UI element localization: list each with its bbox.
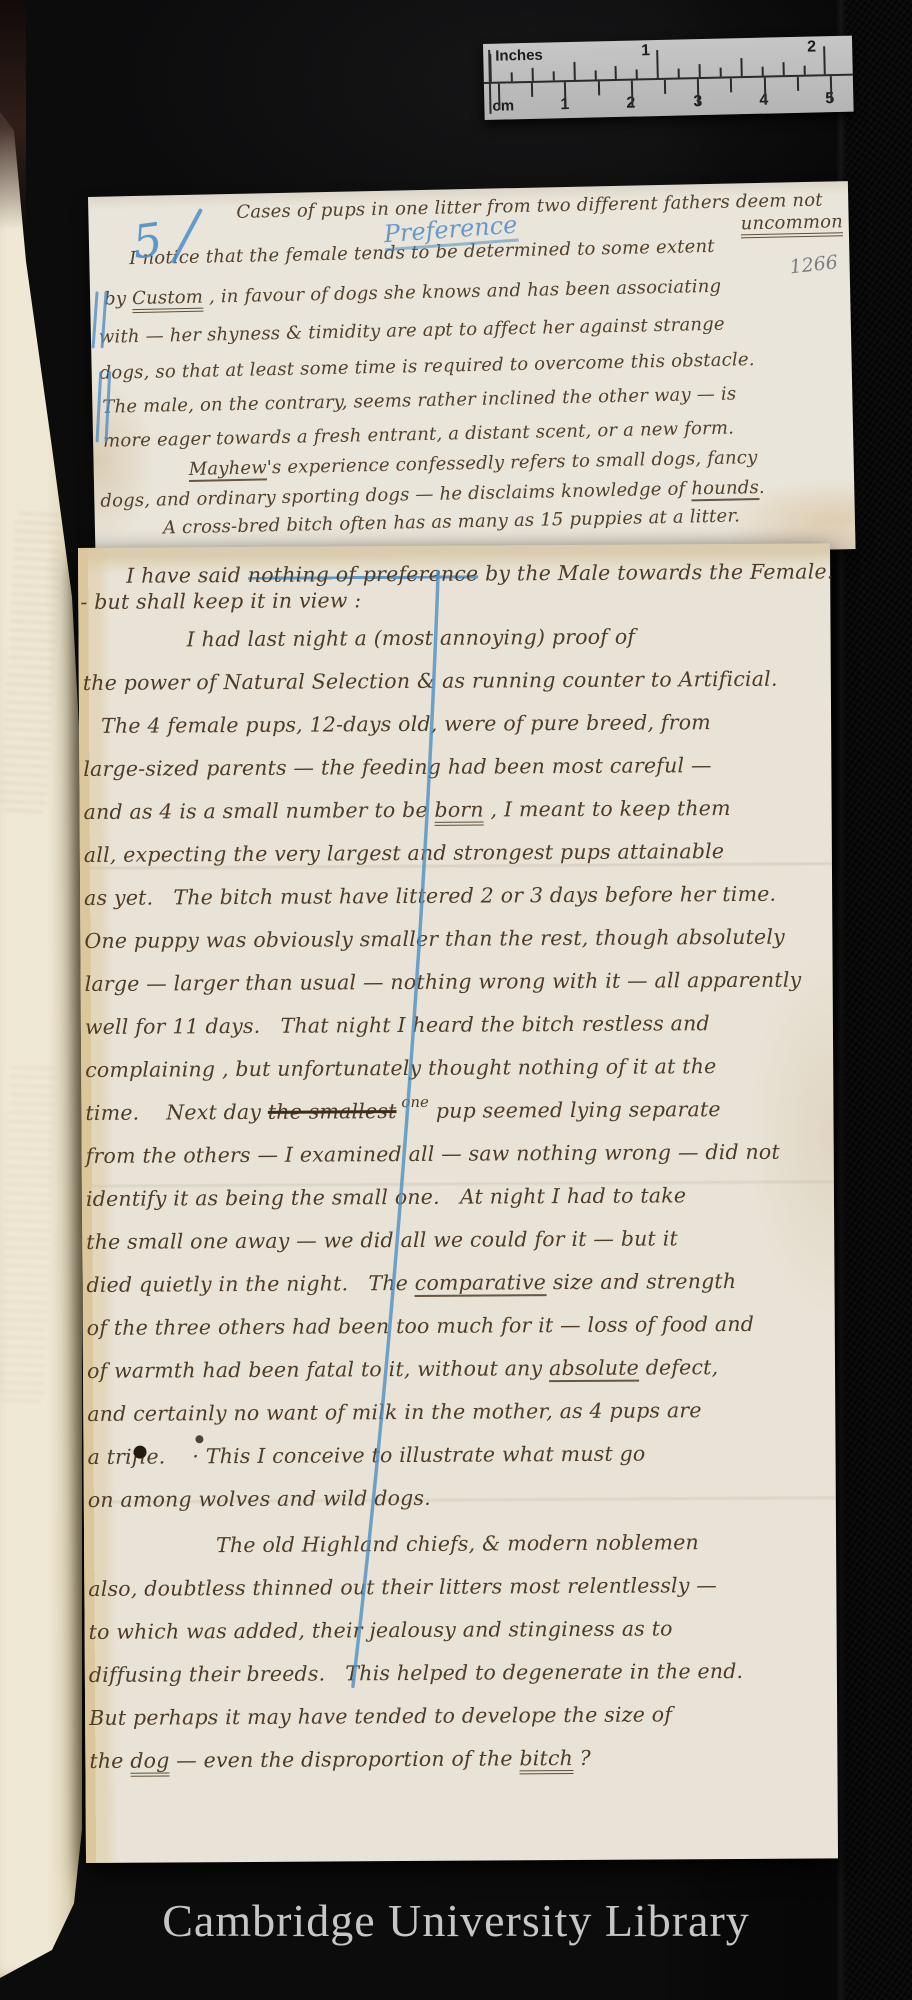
manuscript-line: time. Next day the smallest one pup seem… bbox=[85, 1097, 720, 1125]
manuscript-line: with — her shyness & timidity are apt to… bbox=[99, 314, 725, 348]
manuscript-line: from the others — I examined all — saw n… bbox=[86, 1140, 780, 1168]
catalogue-number-pencil: 1266 bbox=[789, 251, 839, 278]
ink-blot bbox=[195, 1435, 203, 1443]
manuscript-line: the dog — even the disproportion of the … bbox=[89, 1746, 591, 1773]
note-page: Cases of pups in one litter from two dif… bbox=[88, 181, 856, 565]
manuscript-line: well for 11 days. That night I heard the… bbox=[85, 1011, 710, 1039]
manuscript-line: identify it as being the small one. At n… bbox=[86, 1183, 686, 1211]
manuscript-line: Mayhew's experience confessedly refers t… bbox=[189, 447, 758, 480]
velvet-texture-strip bbox=[844, 0, 912, 2000]
manuscript-line: on among wolves and wild dogs. bbox=[88, 1486, 431, 1512]
manuscript-line: I had last night a (most annoying) proof… bbox=[186, 625, 635, 652]
manuscript-line: a trifle. · This I conceive to illustrat… bbox=[87, 1442, 645, 1469]
manuscript-line: One puppy was obviously smaller than the… bbox=[84, 925, 785, 953]
manuscript-line: diffusing their breeds. This helped to d… bbox=[89, 1659, 743, 1687]
manuscript-line: - but shall keep it in view : bbox=[80, 588, 361, 614]
manuscript-line: by Custom , in favour of dogs she knows … bbox=[104, 276, 722, 310]
book-spine-edge bbox=[0, 0, 26, 230]
manuscript-line: The 4 female pups, 12-days old, were of … bbox=[101, 710, 711, 738]
manuscript-line: of the three others had been too much fo… bbox=[87, 1312, 754, 1340]
manuscript-line: complaining , but unfortunately thought … bbox=[85, 1054, 716, 1082]
manuscript-line: large-sized parents — the feeding had be… bbox=[83, 753, 711, 781]
manuscript-line: died quietly in the night. The comparati… bbox=[86, 1269, 736, 1297]
manuscript-line: as yet. The bitch must have littered 2 o… bbox=[84, 882, 776, 910]
manuscript-line: to which was added, their jealousy and s… bbox=[89, 1616, 673, 1644]
blue-page-number: 5 bbox=[130, 212, 166, 269]
manuscript-line: But perhaps it may have tended to develo… bbox=[89, 1702, 672, 1730]
manuscript-line: and certainly no want of milk in the mot… bbox=[87, 1398, 702, 1426]
manuscript-line: I have said nothing of preference by the… bbox=[126, 559, 833, 587]
manuscript-line: Cases of pups in one litter from two dif… bbox=[236, 190, 823, 223]
ruler-inch-number: 1 bbox=[641, 42, 650, 60]
manuscript-line: more eager towards a fresh entrant, a di… bbox=[103, 418, 734, 452]
manuscript-line: all, expecting the very largest and stro… bbox=[84, 839, 724, 867]
manuscript-line: A cross-bred bitch often has as many as … bbox=[163, 505, 741, 538]
ruler: Inches 1 2 cm 1 2 3 4 5 bbox=[483, 36, 854, 120]
manuscript-line: The male, on the contrary, seems rather … bbox=[102, 383, 736, 417]
manuscript-line: dogs, so that at least some time is requ… bbox=[99, 349, 754, 384]
manuscript-line: and as 4 is a small number to be born , … bbox=[84, 796, 731, 824]
showthrough-writing bbox=[0, 511, 62, 813]
manuscript-line: the small one away — we did all we could… bbox=[86, 1226, 678, 1254]
ruler-cm-label: cm bbox=[492, 97, 514, 114]
manuscript-line: the power of Natural Selection & as runn… bbox=[83, 667, 778, 695]
manuscript-line: of warmth had been fatal to it, without … bbox=[87, 1355, 718, 1383]
manuscript-line: The old Highland chiefs, & modern noblem… bbox=[216, 1530, 699, 1557]
manuscript-line: also, doubtless thinned out their litter… bbox=[88, 1573, 717, 1601]
ink-blot bbox=[133, 1446, 146, 1459]
manuscript-line: uncommon bbox=[740, 211, 843, 234]
library-watermark: Cambridge University Library bbox=[0, 1894, 912, 1947]
main-page: I have said nothing of preference by the… bbox=[78, 543, 838, 1863]
manuscript-line: large — larger than usual — nothing wron… bbox=[85, 968, 802, 996]
ruler-inch-number: 2 bbox=[807, 38, 816, 56]
ruler-inches-label: Inches bbox=[495, 47, 543, 65]
showthrough-writing bbox=[0, 1061, 56, 1402]
